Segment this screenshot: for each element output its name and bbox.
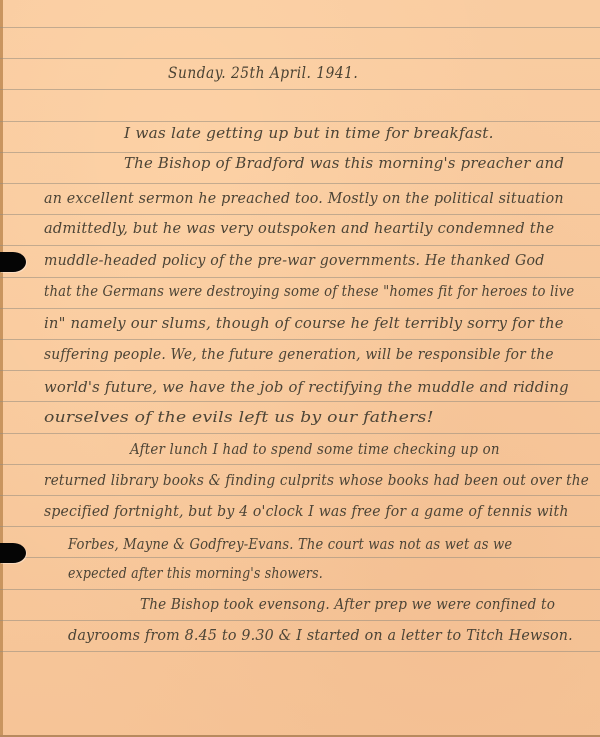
ruled-line: [0, 401, 600, 402]
ruled-line: [0, 589, 600, 590]
ruled-line: [0, 308, 600, 309]
ruled-line: [0, 214, 600, 215]
page-left-edge: [0, 0, 3, 737]
entry-line-9: world's future, we have the job of recti…: [44, 379, 569, 397]
ruled-line: [0, 245, 600, 246]
ruled-line: [0, 526, 600, 527]
entry-date: Sunday. 25th April. 1941.: [168, 64, 358, 82]
entry-line-13: specified fortnight, but by 4 o'clock I …: [44, 503, 569, 521]
ruled-line: [0, 557, 600, 558]
entry-line-11: After lunch I had to spend some time che…: [130, 441, 500, 459]
ruled-line: [0, 339, 600, 340]
diary-page: Sunday. 25th April. 1941. I was late get…: [0, 0, 600, 737]
ruled-line: [0, 183, 600, 184]
entry-line-12: returned library books & finding culprit…: [44, 472, 589, 490]
punch-hole-upper: [0, 252, 26, 272]
ruled-line: [0, 370, 600, 371]
entry-line-5: muddle-headed policy of the pre-war gove…: [44, 252, 544, 270]
entry-line-3: an excellent sermon he preached too. Mos…: [44, 190, 564, 208]
ruled-line: [0, 152, 600, 153]
entry-line-14: Forbes, Mayne & Godfrey-Evans. The court…: [68, 536, 512, 554]
ruled-line: [0, 121, 600, 122]
ruled-line: [0, 464, 600, 465]
entry-line-10: ourselves of the evils left us by our fa…: [44, 409, 434, 427]
ruled-line: [0, 651, 600, 652]
ruled-line: [0, 27, 600, 28]
punch-hole-lower: [0, 543, 26, 563]
entry-line-8: suffering people. We, the future generat…: [44, 346, 554, 364]
entry-line-4: admittedly, but he was very outspoken an…: [44, 220, 554, 238]
ruled-line: [0, 89, 600, 90]
entry-line-16: The Bishop took evensong. After prep we …: [140, 596, 555, 614]
ruled-line: [0, 495, 600, 496]
entry-line-6: that the Germans were destroying some of…: [44, 283, 574, 301]
ruled-line: [0, 620, 600, 621]
entry-line-1: I was late getting up but in time for br…: [124, 125, 494, 143]
entry-line-7: in" namely our slums, though of course h…: [44, 315, 564, 333]
ruled-line: [0, 433, 600, 434]
entry-line-15: expected after this morning's showers.: [68, 565, 323, 583]
entry-line-2: The Bishop of Bradford was this morning'…: [124, 155, 564, 173]
ruled-line: [0, 58, 600, 59]
entry-line-17: dayrooms from 8.45 to 9.30 & I started o…: [68, 627, 573, 645]
ruled-line: [0, 277, 600, 278]
